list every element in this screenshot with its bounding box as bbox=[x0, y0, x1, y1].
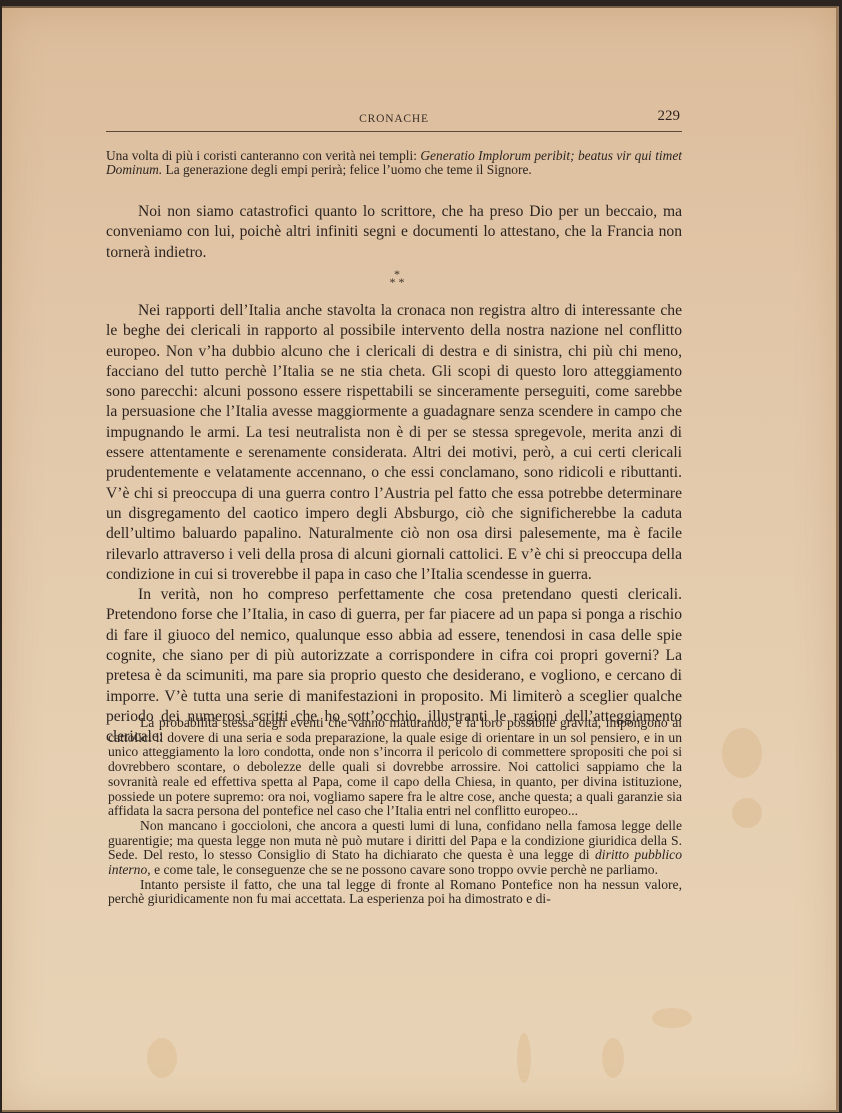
foxing-stain bbox=[147, 1038, 177, 1078]
paragraph-1: Noi non siamo catastrofici quanto lo scr… bbox=[106, 202, 682, 263]
foxing-stain bbox=[602, 1038, 624, 1078]
paragraph-2-text: Nei rapporti dell’Italia anche stavolta … bbox=[106, 301, 682, 585]
page-header: CRONACHE 229 bbox=[106, 107, 682, 132]
intro-translation: La generazione degli empi perirà; felice… bbox=[162, 162, 532, 177]
foxing-stain bbox=[517, 1033, 531, 1083]
page-number: 229 bbox=[658, 108, 681, 125]
intro-text: Una volta di più i coristi canteranno co… bbox=[106, 148, 420, 163]
quote-paragraph-2-end: , e come tale, le conseguenze che se ne … bbox=[147, 862, 658, 877]
intro-paragraph: Una volta di più i coristi canteranno co… bbox=[106, 149, 682, 178]
quote-paragraph-3: Intanto persiste il fatto, che una tal l… bbox=[108, 878, 682, 907]
paragraph-2: Nei rapporti dell’Italia anche stavolta … bbox=[106, 301, 682, 748]
foxing-stain bbox=[652, 1008, 692, 1028]
foxing-stain bbox=[722, 728, 762, 778]
quote-paragraph-1: La probabilità stessa degli eventi che v… bbox=[108, 716, 682, 819]
block-quote: La probabilità stessa degli eventi che v… bbox=[108, 716, 682, 907]
paragraph-1-text: Noi non siamo catastrofici quanto lo scr… bbox=[106, 202, 682, 263]
running-title: CRONACHE bbox=[106, 113, 682, 125]
foxing-stain bbox=[732, 798, 762, 828]
section-asterism: ** * bbox=[382, 270, 412, 286]
